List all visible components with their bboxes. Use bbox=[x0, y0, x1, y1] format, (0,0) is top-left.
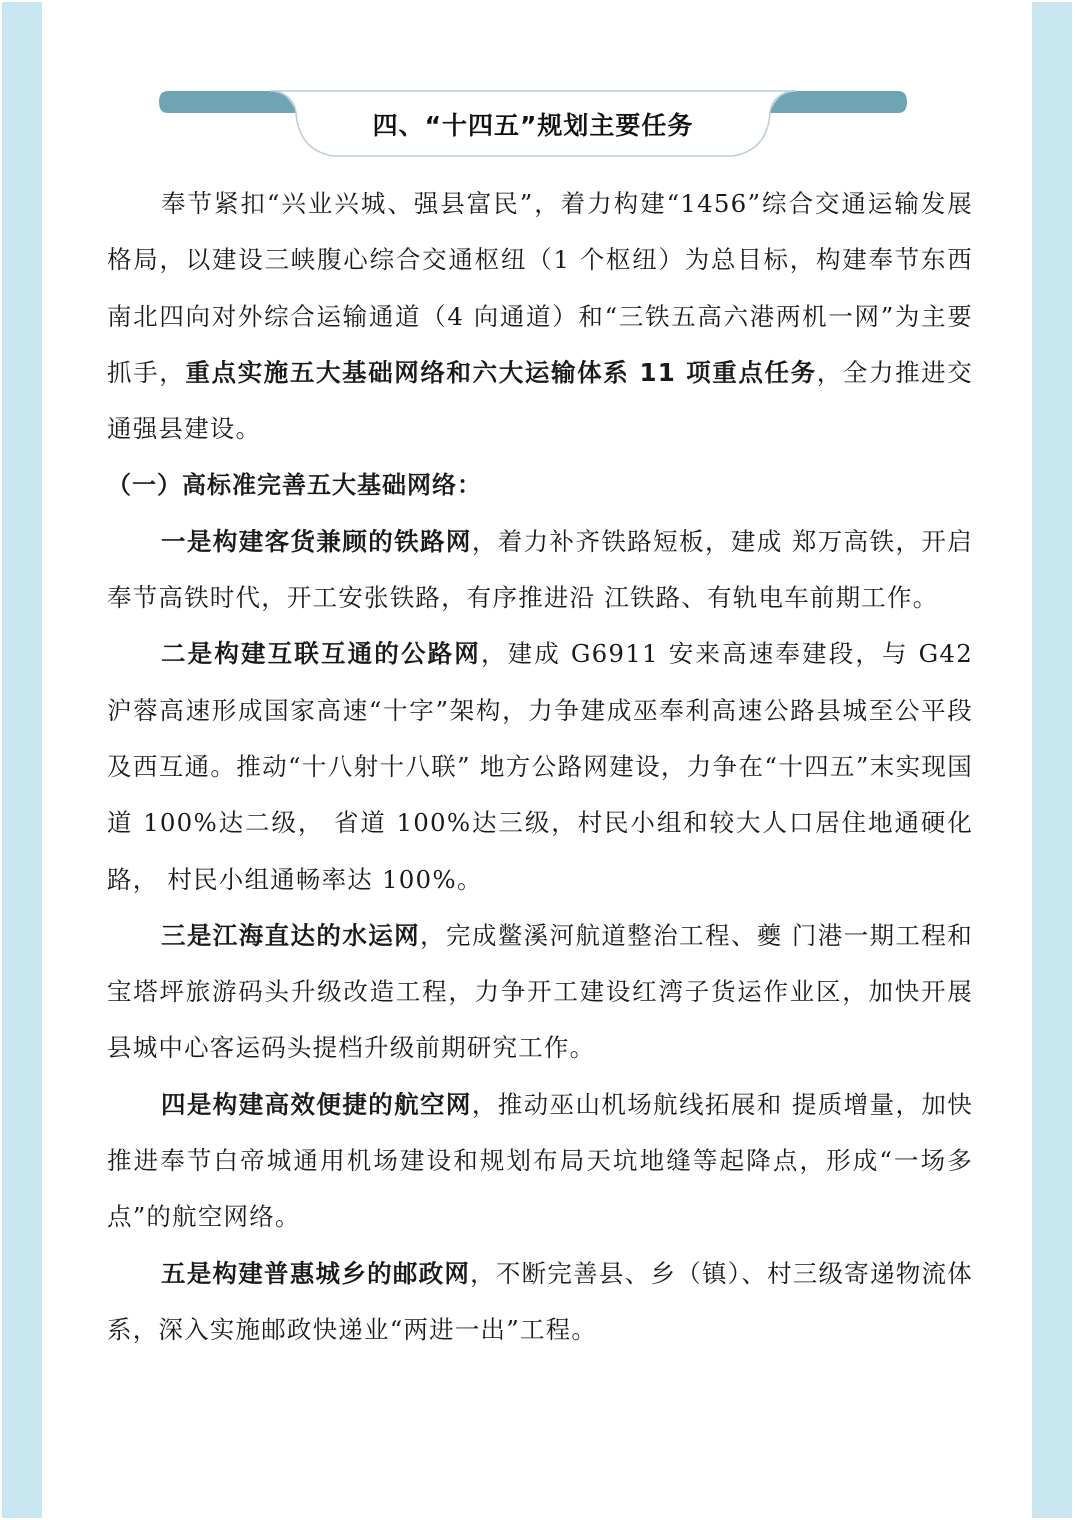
item-lead: 三是江海直达的水运网 bbox=[161, 921, 420, 950]
item-paragraph-postal: 五是构建普惠城乡的邮政网，不断完善县、乡（镇）、村三级寄递物流体系，深入实施邮政… bbox=[107, 1246, 973, 1359]
right-decorative-band bbox=[1032, 2, 1072, 1518]
item-paragraph-highway: 二是构建互联互通的公路网，建成 G6911 安来高速奉建段，与 G42 沪蓉高速… bbox=[107, 626, 973, 907]
intro-emphasis: 重点实施五大基础网络和六大运输体系 11 项重点任务 bbox=[185, 358, 816, 387]
item-paragraph-waterway: 三是江海直达的水运网，完成鳖溪河航道整治工程、夔 门港一期工程和宝塔坪旅游码头升… bbox=[107, 908, 973, 1077]
section-title-banner: 四、“十四五”规划主要任务 bbox=[158, 90, 908, 160]
left-decorative-band bbox=[2, 2, 42, 1518]
item-paragraph-railway: 一是构建客货兼顾的铁路网，着力补齐铁路短板，建成 郑万高铁，开启奉节高铁时代，开… bbox=[107, 514, 973, 627]
page-title: 四、“十四五”规划主要任务 bbox=[158, 106, 908, 142]
item-lead: 四是构建高效便捷的航空网 bbox=[161, 1090, 472, 1119]
item-paragraph-aviation: 四是构建高效便捷的航空网，推动巫山机场航线拓展和 提质增量，加快推进奉节白帝城通… bbox=[107, 1077, 973, 1246]
item-lead: 二是构建互联互通的公路网 bbox=[161, 639, 481, 668]
section-heading: （一）高标准完善五大基础网络： bbox=[107, 457, 973, 513]
item-lead: 五是构建普惠城乡的邮政网 bbox=[161, 1259, 470, 1288]
intro-paragraph: 奉节紧扣“兴业兴城、强县富民”，着力构建“1456”综合交通运输发展格局，以建设… bbox=[107, 176, 973, 457]
item-text: ，建成 G6911 安来高速奉建段，与 G42 沪蓉高速形成国家高速“十字”架构… bbox=[107, 639, 973, 893]
item-lead: 一是构建客货兼顾的铁路网 bbox=[161, 527, 472, 556]
document-body: 奉节紧扣“兴业兴城、强县富民”，着力构建“1456”综合交通运输发展格局，以建设… bbox=[107, 176, 973, 1358]
